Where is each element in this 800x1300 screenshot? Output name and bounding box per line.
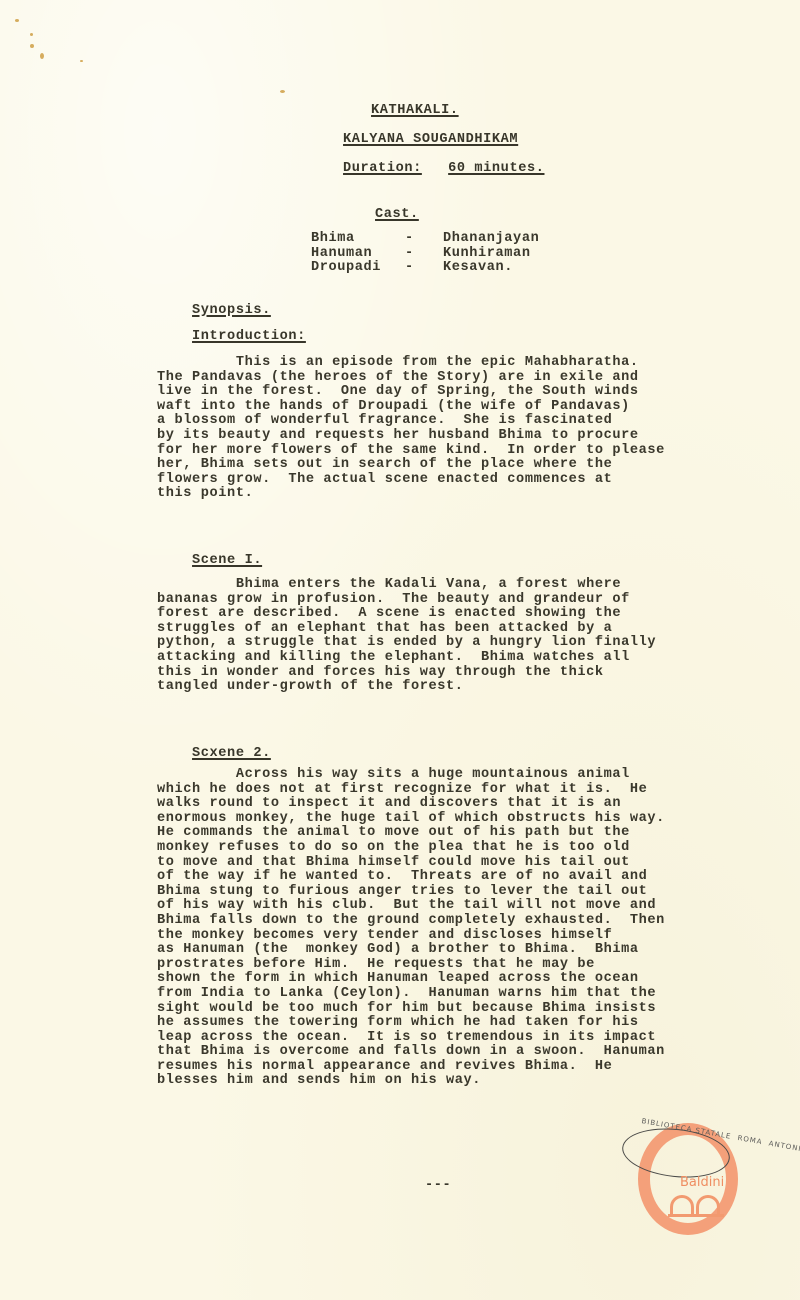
cast-list: Bhima - Dhananjayan Hanuman - Kunhiraman… [311,232,539,276]
cast-separator: - [405,247,443,262]
cast-separator: - [405,232,443,247]
library-stamp: BIBLIOTECA STATALE ROMA ANTONIO BALDINI … [620,1115,750,1255]
cast-row: Bhima - Dhananjayan [311,232,539,247]
cast-row: Droupadi - Kesavan. [311,261,539,276]
cast-role: Droupadi [311,261,405,276]
stamp-brand: Baldini [680,1175,724,1190]
cast-actor: Kunhiraman [443,247,531,262]
duration: Duration: 60 minutes. [308,146,544,191]
cast-separator: - [405,261,443,276]
cast-role: Hanuman [311,247,405,262]
scene-1-paragraph: Bhima enters the Kadali Vana, a forest w… [157,578,777,695]
scene-2-paragraph: Across his way sits a huge mountainous a… [157,768,777,1089]
introduction-paragraph: This is an episode from the epic Mahabha… [157,356,777,502]
introduction-heading: Introduction: [157,314,306,359]
document-page: KATHAKALI. KALYANA SOUGANDHIKAM Duration… [0,0,800,1300]
cast-actor: Kesavan. [443,261,513,276]
stamp-logo-icon [668,1193,728,1219]
duration-label: Duration: [343,161,422,176]
duration-value: 60 minutes. [448,161,544,176]
cast-actor: Dhananjayan [443,232,539,247]
cast-row: Hanuman - Kunhiraman [311,247,539,262]
cast-role: Bhima [311,232,405,247]
end-marker: --- [425,1178,451,1193]
